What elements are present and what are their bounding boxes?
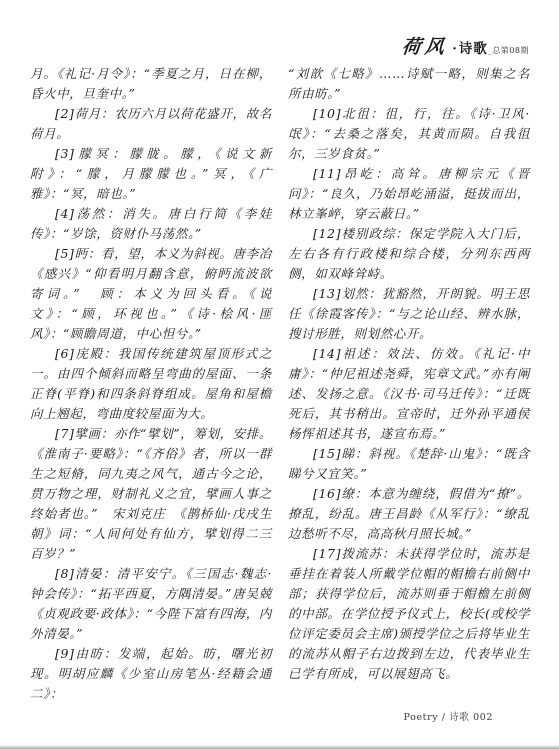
- right-column: “刘歆《七略》……诗赋一略，则集之名所由昉。” [10]北徂：徂，行，往。《诗·…: [288, 64, 530, 704]
- note-13-huaran: [13]划然：犹豁然，开朗貌。明王思任《徐霞客传》：“与之论山经、辨水脉，搜讨形…: [288, 284, 530, 344]
- note-9-youfang: [9]由昉：发端，起始。昉，曙光初现。明胡应麟《少室山房笔丛·经籍会通二》：: [30, 644, 272, 704]
- magazine-page: 荷风 · 诗歌 _总第08期 月。《礼记·月令》：“季夏之月，日在柳，昏火中，旦…: [0, 0, 559, 749]
- masthead-separator: ·: [452, 42, 457, 57]
- note-9-continuation: “刘歆《七略》……诗赋一略，则集之名所由昉。”: [288, 64, 530, 104]
- scan-edge-shadow: [0, 745, 559, 749]
- note-2-lotus-month: [2]荷月：农历六月以荷花盛开，故名荷月。: [30, 104, 272, 144]
- notes-body: 月。《礼记·月令》：“季夏之月，日在柳，昏火中，旦奎中。” [2]荷月：农历六月…: [30, 64, 530, 704]
- note-continuation: 月。《礼记·月令》：“季夏之月，日在柳，昏火中，旦奎中。”: [30, 64, 272, 104]
- note-10-beicu: [10]北徂：徂，行，往。《诗·卫风·氓》：“去桑之落矣，其黄而陨。自我徂尔，三…: [288, 104, 530, 164]
- note-16-liao: [16]缭：本意为缠绕，假借为“撩”。撩乱，纷乱。唐王昌龄《从军行》：“缭乱边愁…: [288, 484, 530, 544]
- note-6-wudian: [6]庑殿：我国传统建筑屋顶形式之一。由四个倾斜而略呈弯曲的屋面、一条正脊(平脊…: [30, 344, 272, 424]
- note-15-di: [15]睇：斜视。《楚辞·山鬼》：“既含睇兮又宜笑。”: [288, 444, 530, 484]
- note-5-mian: [5]眄：看，望，本义为斜视。唐李冶《感兴》“仰看明月翻含意，俯眄流波欲寄词。”…: [30, 244, 272, 344]
- issue-number: _总第08期: [488, 45, 529, 56]
- note-3-mengming: [3]朦冥：朦胧。朦，《说文新附》：“朦，月朦朦也。”冥，《广雅》：“冥，暗也。…: [30, 144, 272, 204]
- section-title: 诗歌: [459, 37, 488, 57]
- page-number-label: Poetry / 诗歌 002: [404, 709, 493, 723]
- magazine-logo-script: 荷风: [401, 32, 450, 59]
- note-17-tassel: [17]拨流苏：未获得学位时，流苏是垂挂在着装人所戴学位帽的帽檐右前侧中部；获得…: [288, 544, 530, 684]
- note-11-angyi: [11]昂屹：高耸。唐柳宗元《晋问》：“良久，乃始昂屹涌溢，挺拔而出，林立峯崪，…: [288, 164, 530, 224]
- note-8-qingyan: [8]清晏：清平安宁。《三国志·魏志·钟会传》：“拓平西夏，方隅清晏。”唐吴兢《…: [30, 564, 272, 644]
- note-12-buildings: [12]楼别政综：保定学院入大门后，左右各有行政楼和综合楼，分列东西两侧，如双峰…: [288, 224, 530, 284]
- left-column: 月。《礼记·月令》：“季夏之月，日在柳，昏火中，旦奎中。” [2]荷月：农历六月…: [30, 64, 272, 704]
- note-4-dangran: [4]荡然：消失。唐白行简《李娃传》：“岁馀，资财仆马荡然。”: [30, 204, 272, 244]
- note-14-zushu: [14]祖述：效法、仿效。《礼记·中庸》：“仲尼祖述尧舜，宪章文武。”亦有阐述、…: [288, 344, 530, 444]
- magazine-masthead: 荷风 · 诗歌 _总第08期: [402, 32, 529, 59]
- note-7-bohua: [7]擘画：亦作“擘划”，筹划，安排。《淮南子·要略》：“《齐俗》者，所以一群生…: [30, 424, 272, 564]
